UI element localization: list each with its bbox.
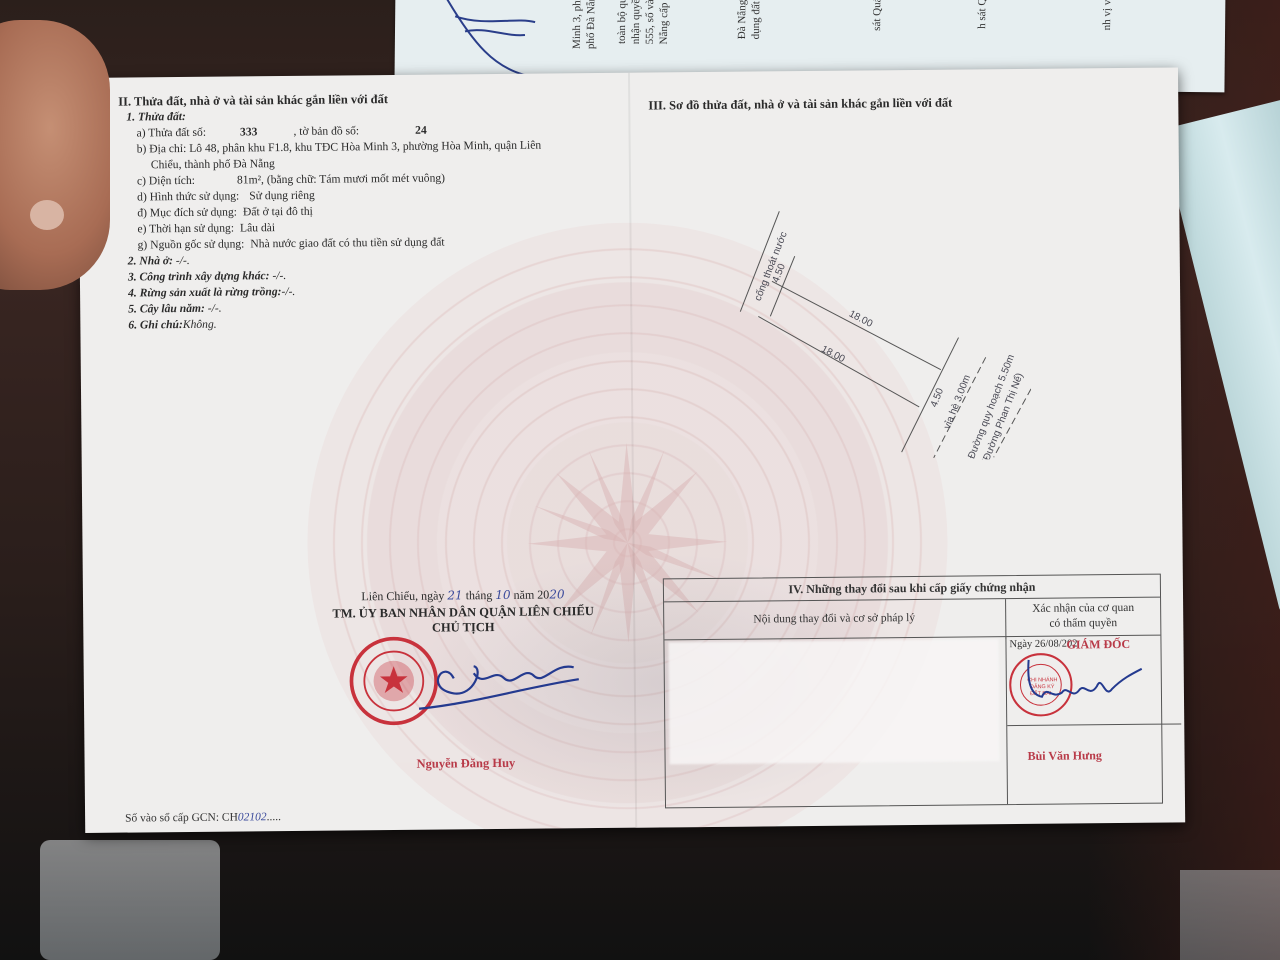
chairman-name: Nguyễn Đăng Huy [417,756,516,772]
redacted-area [668,639,999,764]
land-use-certificate: II. Thửa đất, nhà ở và tài sản khác gắn … [78,67,1185,833]
director-role: GIÁM ĐỐC [1066,637,1130,653]
background-object [40,840,220,960]
label-front-width: 4.50 [929,386,947,409]
bg-doc-text: Đà Nẵng.dụng đất theo [735,0,764,39]
label-sidewalk: vỉa hè 3.00m [941,373,973,431]
parcel-diagram: cống thoát nước 4.50 18.00 18.00 4.50 vỉ… [709,189,1032,462]
issuer-role: CHỦ TỊCH [303,619,623,637]
label-side-2: 18.00 [819,344,847,365]
bg-doc-text: Minh 3, phườngphố Đà Nẵng. [570,0,599,49]
bg-doc-text: nh vị và tự [1100,0,1114,30]
label-side-1: 18.00 [847,309,875,330]
changes-table: IV. Những thay đổi sau khi cấp giấy chứn… [663,574,1163,809]
chairman-signature [413,647,584,719]
diagram-section-title: III. Sơ đồ thửa đất, nhà ở và tài sản kh… [648,96,952,114]
col-authority: Xác nhận của cơ quancó thẩm quyền [1005,598,1160,639]
land-info-section: II. Thửa đất, nhà ở và tài sản khác gắn … [118,89,630,334]
map-sheet-number: 24 [415,124,427,137]
director-name: Bùi Văn Hưng [1027,748,1101,764]
hand [0,20,110,290]
bg-doc-text: h sát Quận [975,0,989,29]
divider [1007,723,1181,726]
parcel-number: 333 [240,125,258,138]
bg-doc-text: toàn bộ quyềnnhận quyền sử555, số vào sổ… [615,0,672,45]
authority-cell: Ngày 26/08/202 GIÁM ĐỐC CHI NHÁNHĐĂNG KÝ… [1005,636,1162,804]
bg-signature [435,0,546,77]
gcn-register-number: Số vào sổ cấp GCN: CH02102..... [125,811,281,824]
issuing-org: TM. ỦY BAN NHÂN DÂN QUẬN LIÊN CHIỂU [303,604,623,622]
issuer-sign-block: Liên Chiểu, ngày 21 tháng 10 năm 2020 TM… [303,587,623,637]
background-object [1180,870,1280,960]
director-signature [1017,654,1148,715]
issue-date: Liên Chiểu, ngày 21 tháng 10 năm 2020 [303,587,623,605]
col-change-content: Nội dung thay đổi và cơ sở pháp lý [664,599,1004,639]
bg-doc-text: sát Quản lý [870,0,885,31]
change-content-cell [664,637,1006,807]
